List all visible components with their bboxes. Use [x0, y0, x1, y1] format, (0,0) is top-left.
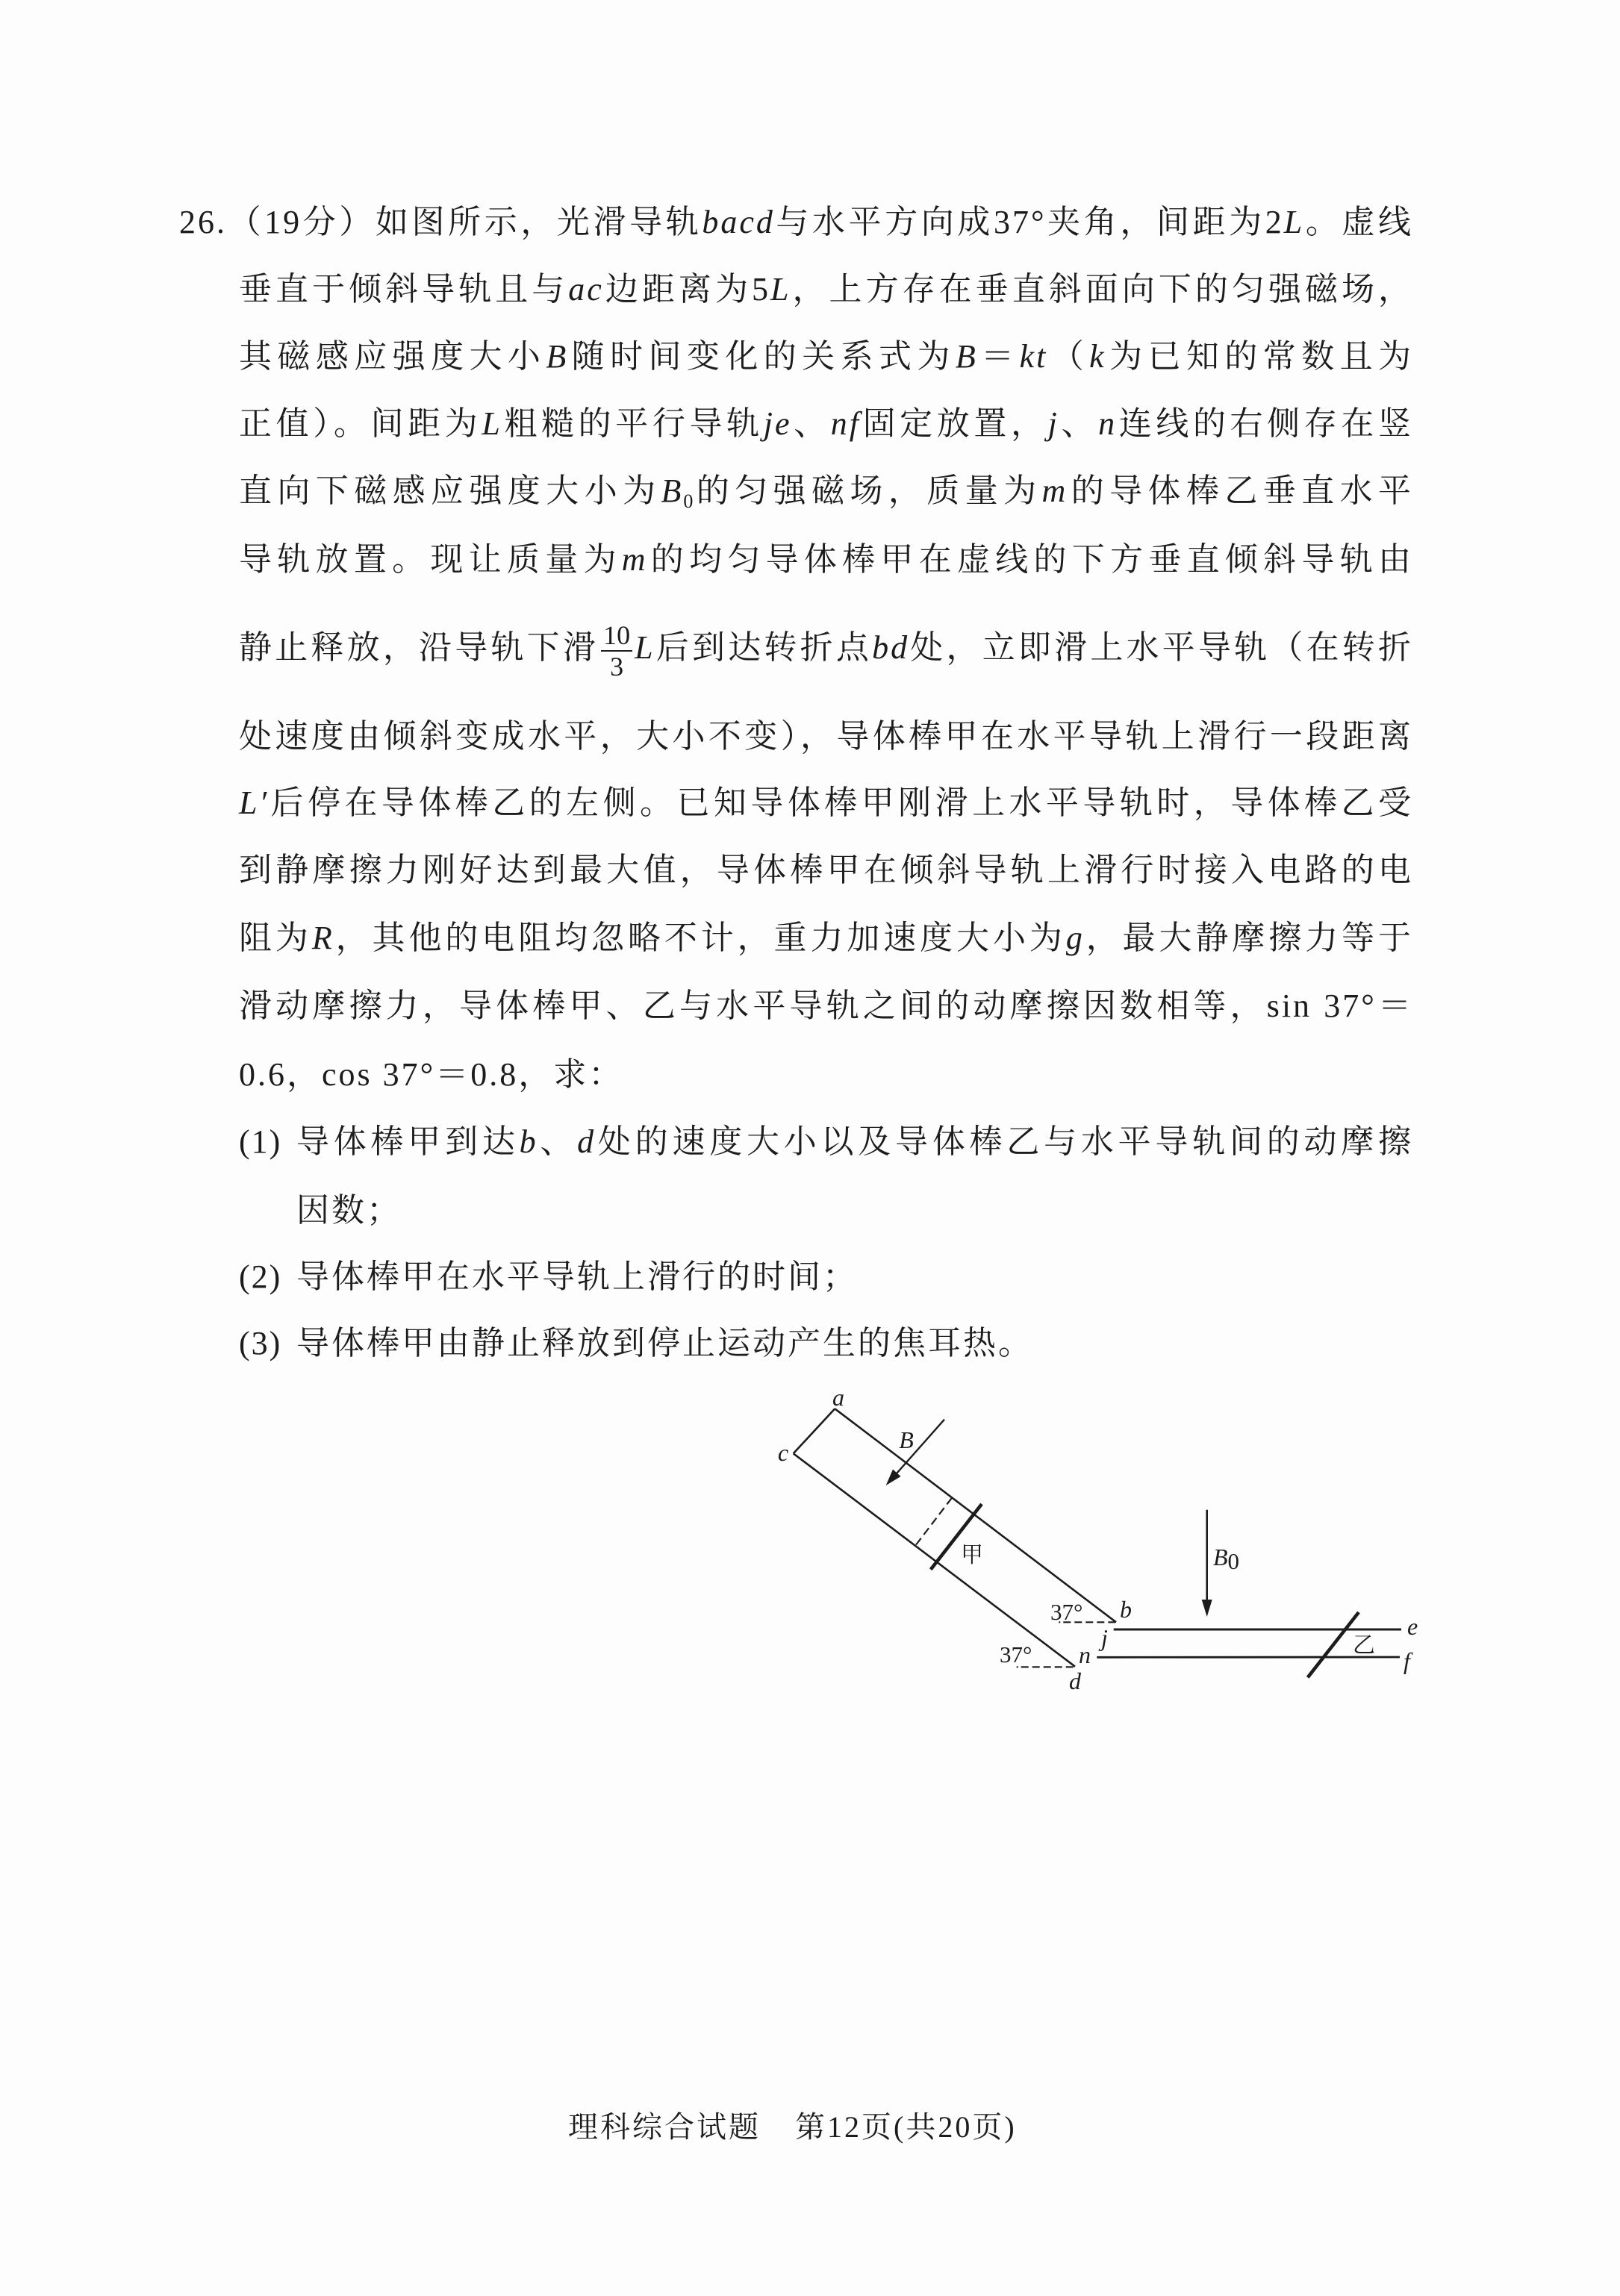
question-line-11: 阻为R，其他的电阻均忽略不计，重力加速度大小为g，最大静摩擦力等于 [239, 905, 1413, 972]
subquestion-line: 导体棒甲在水平导轨上滑行的时间； [296, 1244, 1413, 1311]
italic-variable: m [1042, 472, 1068, 509]
subquestion-line: 导体棒甲由静止释放到停止运动产生的焦耳热。 [296, 1310, 1413, 1377]
italic-variable: m [622, 541, 648, 578]
magnetic-field-b-arrow-icon [886, 1420, 944, 1485]
italic-variable: R [312, 920, 334, 956]
italic-variable: g [1066, 920, 1085, 956]
label-f: f [1404, 1647, 1413, 1674]
italic-variable: nf [831, 405, 861, 442]
italic-variable: L′ [239, 784, 269, 821]
subquestion-label: (1) [239, 1108, 281, 1176]
label-rod-yi: 乙 [1353, 1632, 1375, 1659]
italic-variable: B [546, 338, 568, 375]
subscript: 0 [683, 490, 693, 512]
italic-variable: B [956, 338, 978, 375]
label-rod-jia: 甲 [961, 1542, 983, 1568]
italic-variable: L [770, 271, 791, 308]
italic-variable: je [764, 405, 792, 442]
label-b0-subscript: 0 [1228, 1548, 1240, 1574]
italic-variable: j [1048, 405, 1059, 442]
italic-variable: B [661, 472, 684, 509]
question-line-6: 导轨放置。现让质量为m的均匀导体棒甲在虚线的下方垂直倾斜导轨由 [239, 526, 1413, 593]
label-angle-lower: 37° [1000, 1641, 1032, 1668]
italic-variable: n [1098, 405, 1117, 442]
italic-variable: bd [872, 629, 909, 666]
label-b: b [1120, 1596, 1132, 1623]
label-b0-symbol: B [1213, 1544, 1228, 1570]
dashed-field-boundary [916, 1498, 952, 1545]
fraction: 103 [601, 620, 632, 681]
italic-variable: d [577, 1123, 596, 1160]
label-j: j [1098, 1624, 1108, 1651]
question-line-5: 直向下磁感应强度大小为B0的匀强磁场，质量为m的导体棒乙垂直水平 [239, 458, 1413, 525]
italic-variable: L [635, 629, 655, 666]
question-points: （19分） [227, 204, 376, 240]
magnetic-field-b0-arrow-icon [1202, 1510, 1212, 1617]
question-line-4: 正值）。间距为L粗糙的平行导轨je、nf固定放置，j、n连线的右侧存在竖 [239, 390, 1413, 458]
question-line-9: L′后停在导体棒乙的左侧。已知导体棒甲刚滑上水平导轨时，导体棒乙受 [239, 770, 1413, 837]
italic-variable: L [482, 405, 502, 442]
question-line-13: 0.6，cos 37°＝0.8，求： [239, 1041, 1413, 1108]
question-text: 如图所示，光滑导轨bacd与水平方向成37°夹角，间距为2L。虚线 [376, 204, 1413, 240]
label-b0-field: B0 [1213, 1544, 1239, 1574]
subquestion-line: 因数； [296, 1177, 1413, 1244]
italic-variable: b [520, 1123, 538, 1160]
label-angle-upper: 37° [1050, 1599, 1082, 1625]
subquestion-label: (2) [239, 1244, 281, 1311]
label-n: n [1079, 1641, 1091, 1668]
rail-diagram: a c B 甲 37° b j 37° n d B0 乙 e f [747, 1373, 1463, 1717]
italic-variable: kt [1020, 338, 1048, 375]
question-line-7: 静止释放，沿导轨下滑103L后到达转折点bd处，立即滑上水平导轨（在转折 [239, 614, 1413, 681]
rail-end-ac [794, 1409, 835, 1453]
italic-variable: ac [568, 271, 604, 308]
question-line-3: 其磁感应强度大小B随时间变化的关系式为B＝kt（k为已知的常数且为 [239, 323, 1413, 390]
label-a: a [832, 1384, 844, 1411]
italic-variable: k [1089, 338, 1106, 375]
exam-page: 26.（19分）如图所示，光滑导轨bacd与水平方向成37°夹角，间距为2L。虚… [0, 0, 1620, 2296]
label-c: c [778, 1439, 788, 1466]
question-line-8: 处速度由倾斜变成水平，大小不变），导体棒甲在水平导轨上滑行一段距离 [239, 703, 1413, 770]
subquestion-label: (3) [239, 1310, 281, 1377]
footer-page-number: 第12页(共20页) [795, 2109, 1017, 2146]
label-d: d [1069, 1668, 1082, 1694]
question-line-2: 垂直于倾斜导轨且与ac边距离为5L，上方存在垂直斜面向下的匀强磁场， [239, 256, 1413, 323]
label-e: e [1407, 1613, 1418, 1640]
rod-yi [1308, 1612, 1359, 1677]
question-number: 26. [179, 204, 227, 240]
fraction-denominator: 3 [608, 652, 626, 681]
label-b-field: B [899, 1426, 914, 1453]
italic-variable: bacd [702, 204, 775, 240]
subquestion-line: 导体棒甲到达b、d处的速度大小以及导体棒乙与水平导轨间的动摩擦 [296, 1108, 1413, 1176]
question-line-1: 26.（19分）如图所示，光滑导轨bacd与水平方向成37°夹角，间距为2L。虚… [179, 189, 1413, 256]
footer-subject: 理科综合试题 [568, 2109, 761, 2146]
italic-variable: L [1284, 204, 1304, 240]
question-line-10: 到静摩擦力刚好达到最大值，导体棒甲在倾斜导轨上滑行时接入电路的电 [239, 837, 1413, 904]
question-line-12: 滑动摩擦力，导体棒甲、乙与水平导轨之间的动摩擦因数相等，sin 37°＝ [239, 973, 1413, 1040]
fraction-numerator: 10 [601, 620, 632, 652]
